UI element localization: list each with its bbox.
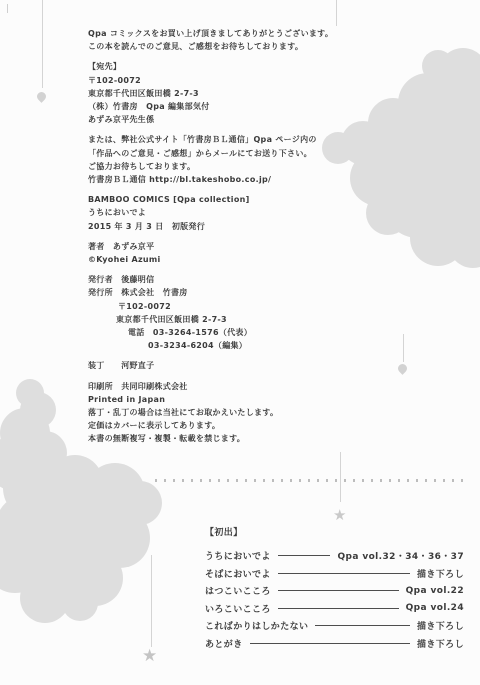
star-icon-bottom: ★	[142, 648, 157, 665]
web-line: ご協力お待ちしております。	[88, 160, 388, 173]
leader-line	[278, 608, 399, 609]
printer-line: 印刷所 共同印刷株式会社	[88, 380, 388, 393]
publisher-paragraph: 発行者 後藤明信 発行所 株式会社 竹書房 〒102-0072 東京都千代田区飯…	[88, 273, 388, 352]
publisher-postcode: 〒102-0072	[88, 300, 388, 313]
drop-icon-top-left	[35, 90, 48, 103]
work-title: そばにおいでよ	[205, 567, 271, 580]
work-title: あとがき	[205, 637, 243, 650]
publisher-line: 発行者 後藤明信	[88, 273, 388, 286]
star-icon-center: ★	[333, 508, 346, 523]
colophon-text-block: Qpa コミックスをお買い上げ頂きましてありがとうございます。 この本を読んでの…	[88, 27, 388, 453]
author-line: 著者 あずみ京平	[88, 240, 388, 253]
work-title: こればかりはしかたない	[205, 619, 308, 632]
author-paragraph: 著者 あずみ京平 ©Kyohei Azumi	[88, 240, 388, 266]
leader-line	[250, 643, 410, 644]
first-appearance-row: あとがき 描き下ろし	[205, 635, 464, 653]
publisher-phone: 03-3234-6204（編集）	[88, 339, 388, 352]
address-line: 〒102-0072	[88, 74, 388, 87]
string-line-bottom	[151, 555, 152, 647]
first-appearance-row: そばにおいでよ 描き下ろし	[205, 565, 464, 583]
first-appearance-section: 【初出】 うちにおいでよ Qpa vol.32・34・36・37 そばにおいでよ…	[205, 527, 464, 652]
address-header: 【宛先】	[88, 60, 388, 73]
leader-line	[278, 555, 331, 556]
label-line: BAMBOO COMICS [Qpa collection]	[88, 193, 388, 206]
book-title: うちにおいでよ	[88, 206, 388, 219]
sparkle-divider	[155, 479, 468, 482]
thanks-paragraph: Qpa コミックスをお買い上げ頂きましてありがとうございます。 この本を読んでの…	[88, 27, 388, 53]
first-appearance-row: うちにおいでよ Qpa vol.32・34・36・37	[205, 547, 464, 565]
address-line: あずみ京平先生係	[88, 113, 388, 126]
thanks-line: Qpa コミックスをお買い上げ頂きましてありがとうございます。	[88, 27, 388, 40]
first-appearance-row: こればかりはしかたない 描き下ろし	[205, 617, 464, 635]
printing-paragraph: 印刷所 共同印刷株式会社 Printed in Japan 落丁・乱丁の場合は当…	[88, 380, 388, 446]
thanks-line: この本を読んでのご意見、ご感想をお待ちしております。	[88, 40, 388, 53]
publisher-phone: 電話 03-3264-1576（代表）	[88, 326, 388, 339]
leader-line	[315, 625, 410, 626]
notice-line: 本書の無断複写・複製・転載を禁じます。	[88, 432, 388, 445]
printed-in-japan-line: Printed in Japan	[88, 393, 388, 406]
drop-icon-right-mid	[396, 362, 409, 375]
notice-line: 落丁・乱丁の場合は当社にてお取かえいたします。	[88, 406, 388, 419]
source-label: Qpa vol.32・34・36・37	[337, 549, 464, 562]
address-line: 東京都千代田区飯田橋 2-7-3	[88, 87, 388, 100]
colophon-page: ★ ★ Qpa コミックスをお買い上げ頂きましてありがとうございます。 この本を…	[0, 0, 480, 685]
corner-mark	[7, 4, 8, 13]
string-line-center	[340, 452, 341, 502]
publisher-address: 東京都千代田区飯田橋 2-7-3	[88, 313, 388, 326]
leader-line	[278, 573, 410, 574]
string-line-top-left	[42, 0, 43, 88]
web-line: または、弊社公式サイト「竹書房ＢＬ通信」Qpa ページ内の	[88, 133, 388, 146]
design-line: 装丁 河野直子	[88, 359, 388, 372]
leader-line	[278, 590, 399, 591]
source-label: 描き下ろし	[417, 567, 464, 580]
first-appearance-header: 【初出】	[205, 527, 464, 540]
edition-paragraph: BAMBOO COMICS [Qpa collection] うちにおいでよ 2…	[88, 193, 388, 233]
first-appearance-row: はつこいこころ Qpa vol.22	[205, 582, 464, 600]
publisher-line: 発行所 株式会社 竹書房	[88, 286, 388, 299]
address-line: （株）竹書房 Qpa 編集部気付	[88, 100, 388, 113]
design-paragraph: 装丁 河野直子	[88, 359, 388, 372]
first-appearance-row: いろこいこころ Qpa vol.24	[205, 600, 464, 618]
source-label: 描き下ろし	[417, 619, 464, 632]
work-title: うちにおいでよ	[205, 549, 271, 562]
copyright-line: ©Kyohei Azumi	[88, 253, 388, 266]
source-label: Qpa vol.24	[406, 603, 464, 613]
web-url-line: 竹書房ＢＬ通信 http://bl.takeshobo.co.jp/	[88, 173, 388, 186]
string-line-right-mid	[403, 334, 404, 362]
address-paragraph: 【宛先】 〒102-0072 東京都千代田区飯田橋 2-7-3 （株）竹書房 Q…	[88, 60, 388, 126]
edition-date: 2015 年 3 月 3 日 初版発行	[88, 220, 388, 233]
notice-line: 定価はカバーに表示してあります。	[88, 419, 388, 432]
work-title: はつこいこころ	[205, 584, 271, 597]
web-feedback-paragraph: または、弊社公式サイト「竹書房ＢＬ通信」Qpa ページ内の 「作品へのご意見・ご…	[88, 133, 388, 186]
web-line: 「作品へのご意見・ご感想」からメールにてお送り下さい。	[88, 147, 388, 160]
source-label: Qpa vol.22	[406, 586, 464, 596]
source-label: 描き下ろし	[417, 637, 464, 650]
work-title: いろこいこころ	[205, 602, 271, 615]
string-line-top-right	[336, 0, 337, 26]
